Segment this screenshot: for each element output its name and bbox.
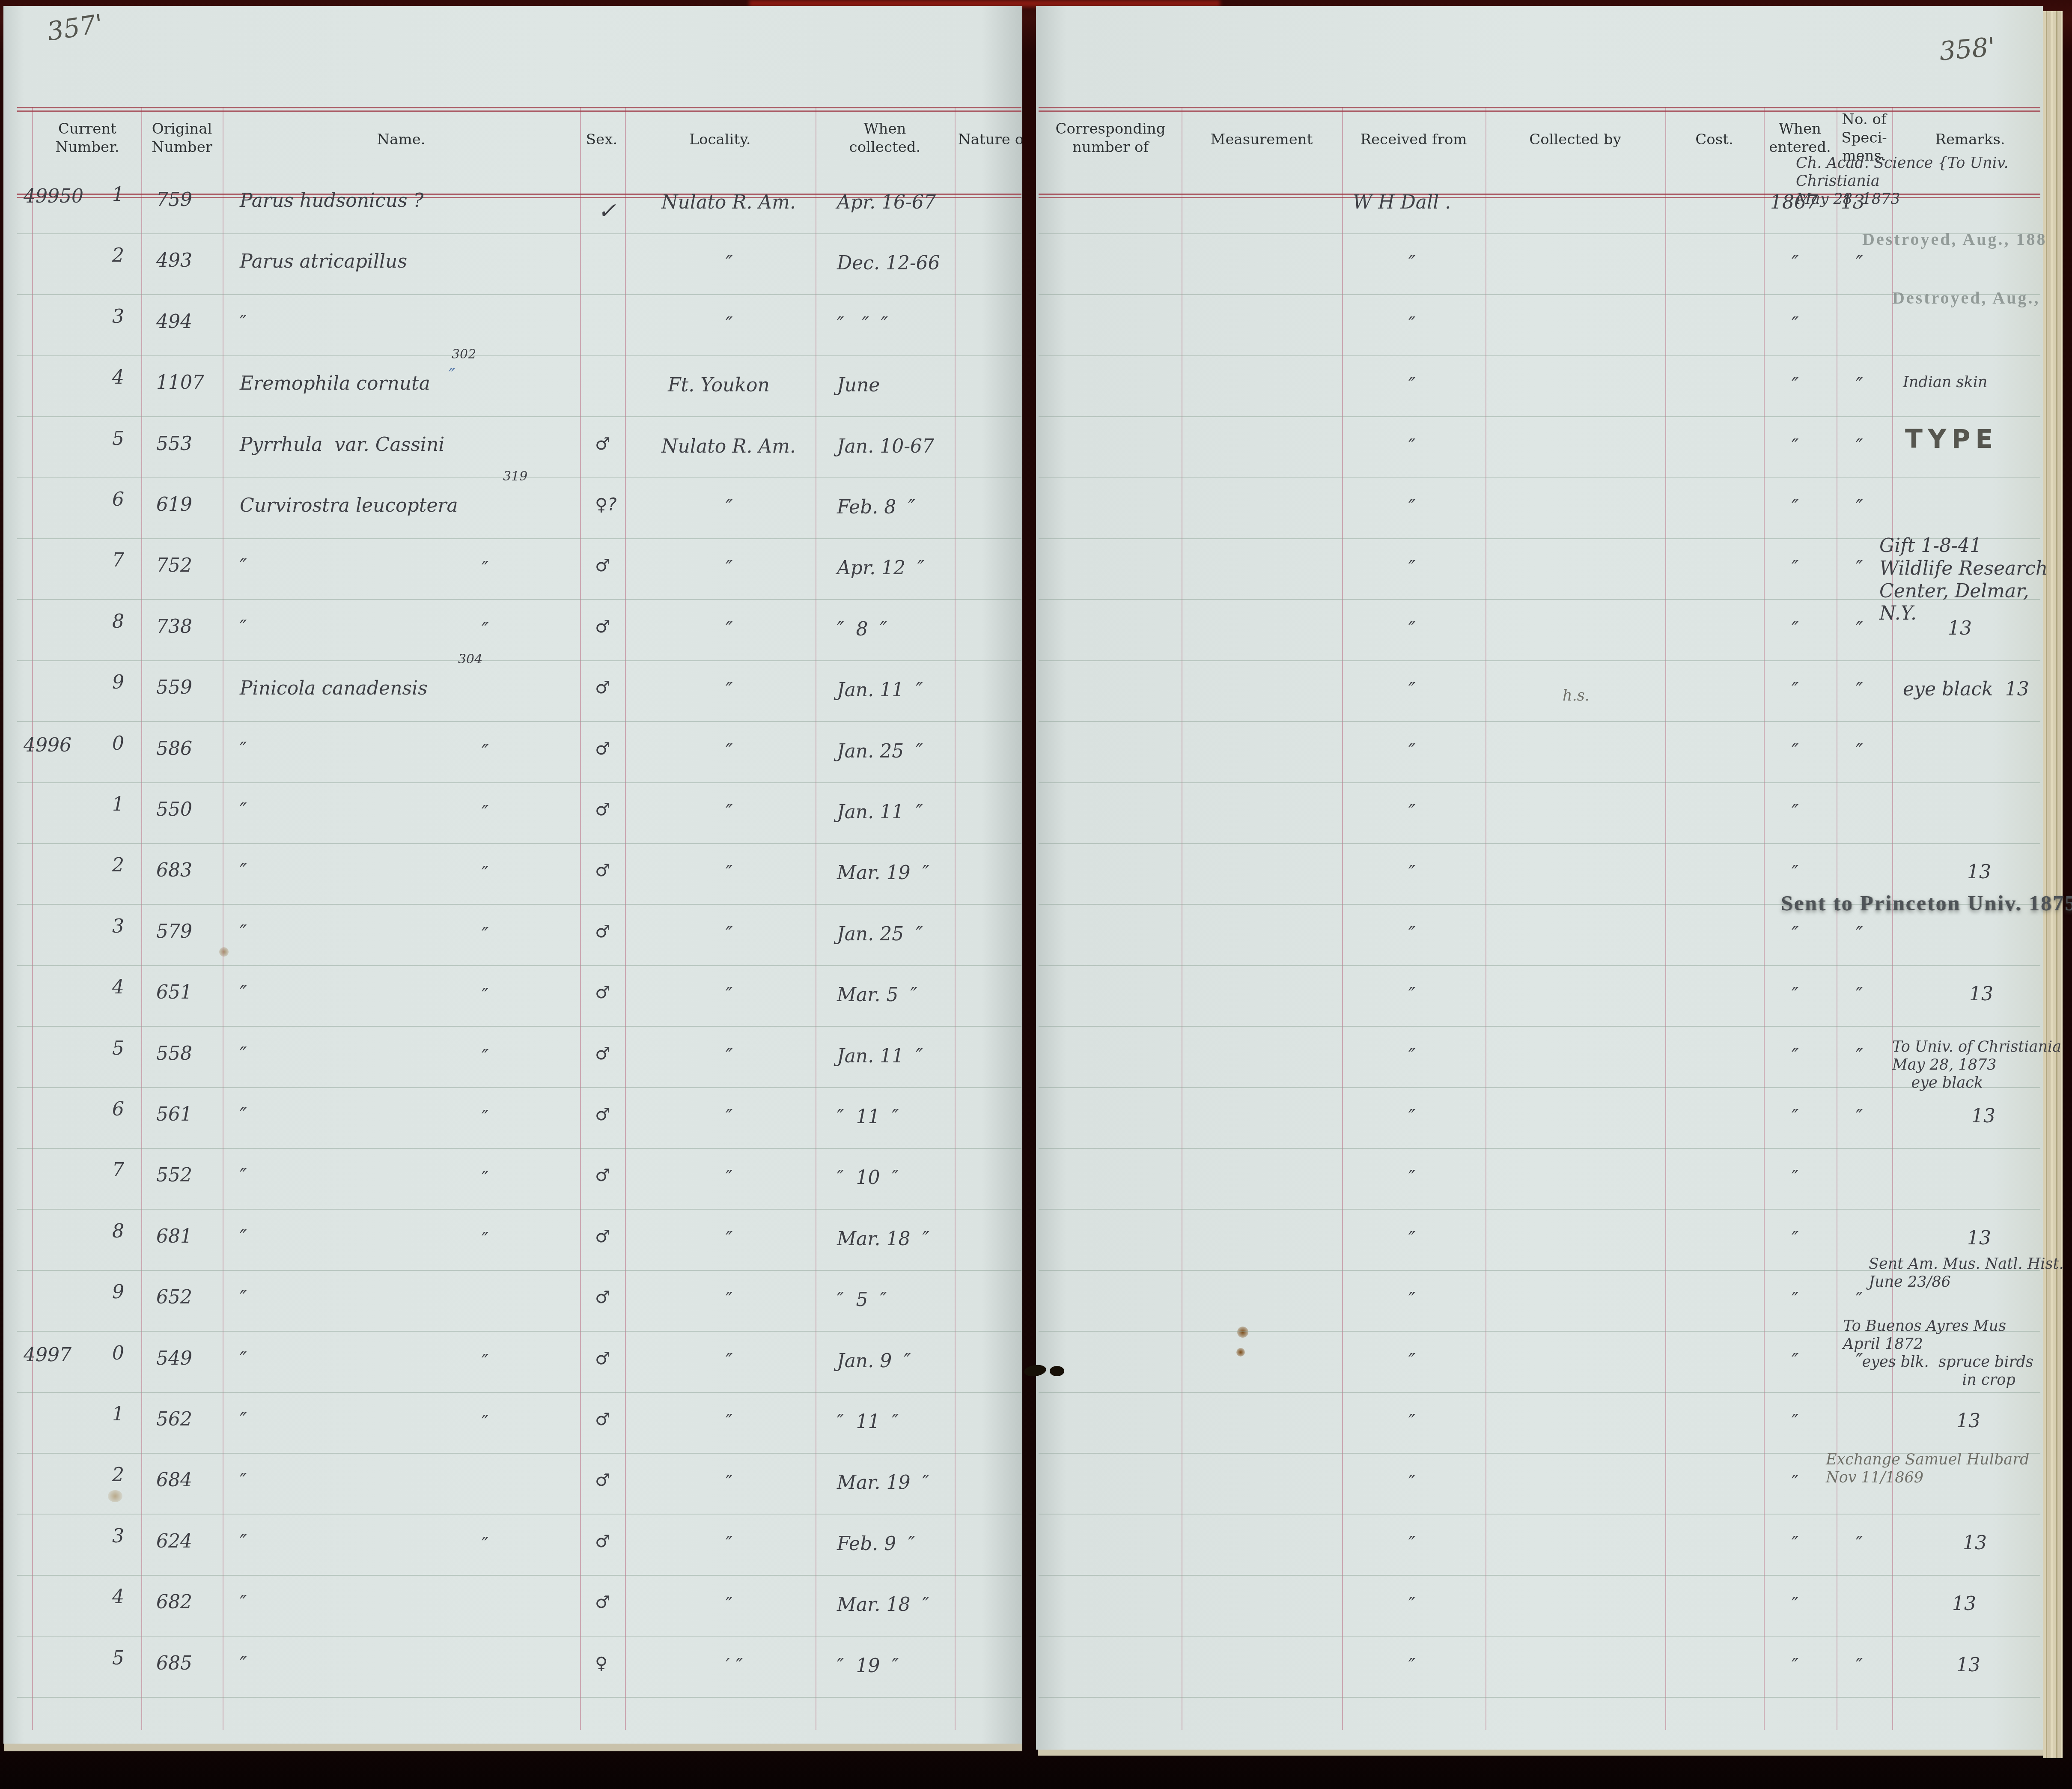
cell-name-ditto: ″ [482, 1168, 488, 1190]
cell-remarks: 13 [1948, 617, 1972, 640]
cell-sex: ♂ [595, 1409, 610, 1430]
cell-when-entered: ″ [1792, 679, 1798, 702]
cell-sex: ♂ [595, 860, 610, 881]
header-rule [17, 107, 1021, 108]
cell-current-digit: 1 [112, 793, 124, 816]
cell-locality: ″ [726, 923, 732, 946]
cell-when-collected: Apr. 12 ″ [837, 557, 925, 580]
cell-no-of-specimens: ″ [1856, 1533, 1863, 1556]
cell-when-collected: June [837, 374, 880, 397]
cell-locality: ″ [726, 1106, 732, 1129]
cell-sex: ♂ [595, 1470, 610, 1491]
cell-sex: ♂ [595, 739, 610, 759]
row-rule [1039, 355, 2040, 356]
row-rule [17, 1148, 1021, 1149]
cell-when-collected: Mar. 18 ″ [837, 1228, 929, 1251]
cell-when-collected: Jan. 25 ″ [837, 923, 923, 946]
cell-original-number: 651 [156, 981, 192, 1004]
cell-current-digit: 7 [112, 549, 124, 572]
cell-name: Parus hudsonicus ? [240, 190, 423, 212]
cell-original-number: 619 [156, 494, 192, 516]
cell-locality: ″ [726, 496, 732, 519]
cell-locality: Nulato R. Am. [661, 191, 796, 214]
cell-locality: ″ [726, 984, 732, 1007]
cell-remarks: 13 [1967, 1227, 1991, 1250]
cell-no-of-specimens: ″ [1856, 1045, 1863, 1068]
cell-name: ″ [240, 1653, 247, 1676]
column-rule [141, 107, 142, 1730]
column-rule [580, 107, 581, 1730]
row-rule [17, 416, 1021, 417]
cell-no-of-specimens: ″ [1856, 1655, 1863, 1678]
row-rule [17, 1575, 1021, 1576]
cell-when-collected: Mar. 5 ″ [837, 984, 917, 1007]
cell-locality: ″ [726, 801, 732, 824]
col-header-collected-by: Collected by [1486, 131, 1664, 149]
cell-current-digit: 4 [112, 367, 124, 389]
col-header-name: Name. [223, 131, 579, 149]
cell-name: ″ [240, 1409, 247, 1432]
column-rule [1486, 107, 1486, 1730]
row-rule [1039, 477, 2040, 478]
cell-when-collected: Jan. 11 ″ [837, 1045, 923, 1068]
cell-received-from: ″ [1408, 1594, 1415, 1616]
cell-original-number: 579 [156, 921, 192, 943]
cell-received-from: ″ [1408, 1350, 1415, 1373]
cell-received-from: ″ [1408, 1472, 1415, 1494]
cell-received-from: ″ [1408, 313, 1415, 336]
cell-current-digit: 1 [112, 1403, 124, 1426]
paper-stain [1237, 1327, 1248, 1338]
cell-locality: ″ [726, 1167, 732, 1190]
col-header-remarks: Remarks. [1893, 131, 2047, 149]
cell-received-from: ″ [1408, 1106, 1415, 1129]
cell-remarks: TYPE [1905, 424, 1998, 455]
cell-remarks: Gift 1-8-41 Wildlife Research Center, De… [1879, 535, 2072, 625]
cell-current-digit: 6 [112, 1098, 124, 1121]
page-number-right: 358' [1938, 32, 1997, 66]
cell-locality: ″ [726, 1411, 732, 1434]
cell-original-number: 586 [156, 738, 192, 760]
cell-current-digit: 3 [112, 915, 124, 938]
row-rule [1039, 1514, 2040, 1515]
row-rule [17, 1270, 1021, 1271]
cell-when-entered: ″ [1792, 862, 1798, 885]
row-rule [1039, 1575, 2040, 1576]
cell-when-collected: ″ 10 ″ [837, 1167, 899, 1190]
cell-remarks: 13 [1956, 1410, 1980, 1433]
cell-no-of-specimens: ″ [1856, 557, 1863, 580]
cell-sex: ♀ [595, 1653, 607, 1674]
cell-original-number: 759 [156, 189, 192, 212]
cell-remarks: 13 [1967, 861, 1991, 884]
rubber-stamp: Destroyed, Aug., 188 [1892, 288, 2046, 308]
cell-no-of-specimens: ″ [1856, 923, 1863, 946]
cell-sex: ♂ [595, 434, 610, 454]
cell-when-entered: ″ [1792, 1167, 1798, 1190]
cell-name: ″ [240, 1226, 247, 1249]
cell-when-entered: ″ [1792, 740, 1798, 763]
cell-collected-by: h.s. [1563, 687, 1590, 705]
cell-when-collected: ″ 5 ″ [837, 1289, 887, 1312]
row-rule [17, 1636, 1021, 1637]
cell-when-collected: Jan. 9 ″ [837, 1350, 911, 1373]
cell-when-collected: Jan. 11 ″ [837, 801, 923, 824]
row-rule [17, 1697, 1021, 1698]
cell-current-digit: 6 [112, 489, 124, 511]
cell-received-from: ″ [1408, 252, 1415, 275]
cell-when-entered: ″ [1792, 557, 1798, 580]
cell-sex: ♂ [595, 1592, 610, 1613]
cell-original-number: 738 [156, 616, 192, 638]
row-rule [17, 660, 1021, 661]
cell-remarks-extra: To Buenos Ayres Mus April 1872 eyes blk.… [1843, 1317, 2033, 1389]
cell-locality: ″ [726, 1289, 732, 1312]
col-header-corresponding-number: Corresponding number of [1040, 120, 1181, 156]
cell-sex: ♀? [595, 495, 617, 515]
row-rule [1039, 1392, 2040, 1393]
page-edges-right [2043, 11, 2063, 1758]
row-rule [1039, 660, 2040, 661]
cell-when-collected: Jan. 25 ″ [837, 740, 923, 763]
cell-received-from: ″ [1408, 923, 1415, 946]
cell-when-entered: ″ [1792, 252, 1798, 275]
cell-no-of-specimens: ″ [1856, 496, 1863, 519]
cell-remarks: 13 [1956, 1654, 1980, 1677]
row-rule [1039, 965, 2040, 966]
cell-received-from: ″ [1408, 1228, 1415, 1251]
cell-original-number: 682 [156, 1591, 192, 1614]
cell-name: Pinicola canadensis [240, 677, 428, 700]
col-header-when-entered: When entered. [1765, 120, 1835, 156]
cell-received-from: ″ [1408, 862, 1415, 885]
cell-sex: ♂ [595, 1348, 610, 1369]
column-rule [1342, 107, 1343, 1730]
cell-locality: ″ [726, 1533, 732, 1556]
cell-remarks-extra: Exchange Samuel Hulbard Nov 11/1869 [1826, 1451, 2029, 1487]
stray-mark: ✓ [598, 198, 616, 224]
ink-blot [1050, 1366, 1064, 1376]
cell-name-superscript: 304 [458, 652, 482, 667]
cell-current-digit: 3 [112, 306, 124, 328]
cell-received-from: ″ [1408, 1411, 1415, 1434]
cell-when-collected: Mar. 19 ″ [837, 1472, 929, 1494]
cell-locality: ″ [726, 1594, 732, 1616]
cell-original-number: 562 [156, 1408, 192, 1431]
row-rule [1039, 416, 2040, 417]
cell-name-ditto: ″ [482, 741, 488, 764]
column-rule [1182, 107, 1182, 1730]
cell-when-collected: Jan. 11 ″ [837, 679, 923, 702]
cell-sex: ♂ [595, 1531, 610, 1552]
col-header-cost: Cost. [1666, 131, 1762, 149]
cell-name: Curvirostra leucoptera [240, 495, 458, 517]
cell-locality: ″ [726, 618, 732, 641]
cell-remarks: eye black 13 [1903, 678, 2029, 701]
cell-name-ditto: ″ [482, 619, 488, 642]
cell-locality: ″ [726, 557, 732, 580]
cell-no-of-specimens: ″ [1856, 252, 1863, 275]
row-rule [1039, 1209, 2040, 1210]
stray-mark: ″ [449, 365, 455, 385]
cell-current-number: 49950 [24, 185, 83, 208]
column-rule [625, 107, 626, 1730]
cell-name-ditto: ″ [482, 1412, 488, 1434]
row-rule [17, 538, 1021, 539]
row-rule [1039, 1636, 2040, 1637]
cell-when-collected: Apr. 16-67 [837, 191, 936, 214]
cell-original-number: 553 [156, 433, 192, 456]
header-rule [1039, 107, 2040, 108]
cell-name-ditto: ″ [482, 1046, 488, 1069]
cell-when-entered: ″ [1792, 1106, 1798, 1129]
cell-locality: Ft. Youkon [668, 374, 770, 397]
cell-current-digit: 9 [112, 1281, 124, 1304]
cell-name: Eremophila cornuta [240, 373, 430, 395]
row-rule [17, 233, 1021, 234]
cell-sex: ♂ [595, 677, 610, 698]
cell-current-digit: 1 [112, 184, 124, 206]
cell-received-from: ″ [1408, 374, 1415, 397]
row-rule [17, 721, 1021, 722]
cell-when-entered: ″ [1792, 1289, 1798, 1312]
cell-no-of-specimens: ″ [1856, 435, 1863, 458]
column-rule [223, 107, 223, 1730]
cell-remarks: To Univ. of Christiania May 28, 1873 eye… [1892, 1038, 2061, 1092]
column-rule [1665, 107, 1666, 1730]
row-rule [17, 294, 1021, 295]
paper-stain [219, 947, 229, 957]
row-rule [17, 1026, 1021, 1027]
cell-locality: ″ [726, 679, 732, 702]
cell-current-digit: 4 [112, 976, 124, 999]
row-rule [17, 1331, 1021, 1332]
column-rule [816, 107, 816, 1730]
row-rule [1039, 721, 2040, 722]
cell-when-collected: Mar. 18 ″ [837, 1594, 929, 1616]
cell-sex: ♂ [595, 1104, 610, 1125]
cell-no-of-specimens: ″ [1856, 374, 1863, 397]
cell-current-number: 4997 [24, 1344, 71, 1367]
cell-remarks: 13 [1971, 1105, 1995, 1128]
cell-sex: ♂ [595, 1226, 610, 1247]
row-rule [1039, 1087, 2040, 1088]
row-rule [1039, 1697, 2040, 1698]
cell-locality: Nulato R. Am. [661, 435, 796, 458]
cell-when-entered: ″ [1792, 1533, 1798, 1556]
cell-locality: ″ [726, 862, 732, 885]
cell-when-entered: ″ [1792, 1594, 1798, 1616]
cell-current-digit: 3 [112, 1525, 124, 1548]
cell-remarks: Indian skin [1903, 373, 1987, 391]
cell-received-from: ″ [1408, 801, 1415, 824]
cell-name: ″ [240, 799, 247, 822]
cell-original-number: 624 [156, 1530, 192, 1553]
col-header-measurement: Measurement [1182, 131, 1341, 149]
cell-locality: ″ [726, 1228, 732, 1251]
page-edge-bottom-right [1038, 1750, 2043, 1756]
cell-name: ″ [240, 555, 247, 578]
cell-name: ″ [240, 860, 247, 883]
cell-original-number: 683 [156, 859, 192, 882]
cell-locality: ″ [726, 740, 732, 763]
cell-received-from: ″ [1408, 435, 1415, 458]
cell-locality: ′ ″ [726, 1655, 743, 1678]
cell-when-collected: Mar. 19 ″ [837, 862, 929, 885]
cell-original-number: 1107 [156, 372, 204, 394]
cell-when-entered: ″ [1792, 1045, 1798, 1068]
rubber-stamp: Sent to Princeton Univ. 1875 [1781, 891, 2055, 915]
cell-sex: ♂ [595, 555, 610, 576]
row-rule [1039, 294, 2040, 295]
cell-original-number: 494 [156, 311, 192, 334]
cell-when-collected: ″ 11 ″ [837, 1411, 899, 1434]
cell-when-collected: ″ 11 ″ [837, 1106, 899, 1129]
cell-current-digit: 0 [112, 1342, 124, 1365]
col-header-current-number: Current Number. [34, 120, 140, 156]
cell-original-number: 684 [156, 1469, 192, 1492]
cell-locality: ″ [726, 1472, 732, 1494]
cell-received-from: W H Dall . [1353, 191, 1451, 214]
col-header-sex: Sex. [577, 131, 626, 149]
cell-current-digit: 2 [112, 1464, 124, 1487]
cell-when-entered: ″ [1792, 1228, 1798, 1251]
cell-name: ″ [240, 617, 247, 639]
row-rule [17, 599, 1021, 600]
cell-name-ditto: ″ [482, 985, 488, 1008]
cell-received-from: ″ [1408, 557, 1415, 580]
cell-when-collected: Feb. 9 ″ [837, 1533, 915, 1556]
cell-name-ditto: ″ [482, 802, 488, 825]
cell-when-entered: ″ [1792, 374, 1798, 397]
column-rule [1764, 107, 1765, 1730]
cell-received-from: ″ [1408, 1655, 1415, 1678]
cell-original-number: 681 [156, 1225, 192, 1248]
cell-name: ″ [240, 1165, 247, 1188]
cell-received-from: ″ [1408, 1045, 1415, 1068]
cell-name-ditto: ″ [482, 863, 488, 886]
cell-name-ditto: ″ [482, 1229, 488, 1252]
cell-current-digit: 5 [112, 1038, 124, 1060]
row-rule [17, 1514, 1021, 1515]
cell-name: Pyrrhula var. Cassini [240, 434, 444, 456]
cell-name: ″ [240, 739, 247, 761]
row-rule [17, 1392, 1021, 1393]
cell-when-collected: Feb. 8 ″ [837, 496, 915, 519]
cell-when-collected: ″ ″ ″ [837, 313, 888, 336]
cell-received-from: ″ [1408, 1289, 1415, 1312]
header-rule [17, 110, 1021, 112]
cell-current-number: 4996 [24, 734, 71, 757]
cell-sex: ♂ [595, 1165, 610, 1186]
col-header-locality: Locality. [626, 131, 814, 149]
page-edge-bottom-left [4, 1744, 1022, 1751]
cell-current-digit: 2 [112, 854, 124, 877]
cell-sex: ♂ [595, 1287, 610, 1308]
row-rule [17, 843, 1021, 844]
cell-received-from: ″ [1408, 984, 1415, 1007]
row-rule [1039, 1026, 2040, 1027]
cell-no-of-specimens: ″ [1856, 618, 1863, 641]
cell-current-digit: 8 [112, 611, 124, 633]
cell-no-of-specimens: ″ [1856, 1289, 1863, 1312]
cell-name-ditto: ″ [482, 1351, 488, 1374]
cell-received-from: ″ [1408, 1533, 1415, 1556]
cell-locality: ″ [726, 313, 732, 336]
cell-when-collected: Jan. 10-67 [837, 435, 934, 458]
cell-when-entered: ″ [1792, 435, 1798, 458]
cell-original-number: 550 [156, 799, 192, 821]
cell-name: ″ [240, 982, 247, 1005]
cell-sex: ♂ [595, 1044, 610, 1064]
cell-original-number: 559 [156, 677, 192, 699]
row-rule [17, 965, 1021, 966]
cell-name-ditto: ″ [482, 558, 488, 581]
rubber-stamp: Destroyed, Aug., 1881 [1862, 229, 2046, 249]
col-header-received-from: Received from [1343, 131, 1484, 149]
cell-received-from: ″ [1408, 496, 1415, 519]
cell-name-ditto: ″ [482, 924, 488, 947]
cell-no-of-specimens: ″ [1856, 679, 1863, 702]
cell-original-number: 752 [156, 555, 192, 577]
row-rule [1039, 843, 2040, 844]
cell-remarks: 13 [1969, 983, 1993, 1006]
cell-remarks: 13 [1952, 1593, 1976, 1616]
cell-name-superscript: 319 [503, 469, 527, 484]
cell-received-from: ″ [1408, 1167, 1415, 1190]
cell-current-digit: 5 [112, 1647, 124, 1670]
cell-name: ″ [240, 1287, 247, 1310]
row-rule [17, 1209, 1021, 1210]
cell-name-superscript: 302 [452, 347, 476, 362]
cell-when-entered: ″ [1792, 496, 1798, 519]
row-rule [17, 355, 1021, 356]
row-rule [1039, 1148, 2040, 1149]
cell-locality: ″ [726, 1045, 732, 1068]
cell-received-from: ″ [1408, 679, 1415, 702]
cell-original-number: 558 [156, 1043, 192, 1065]
cell-remarks: Ch. Acad. Science {To Univ. Christiania … [1796, 154, 2072, 208]
cell-current-digit: 0 [112, 733, 124, 755]
cell-when-entered: ″ [1792, 313, 1798, 336]
paper-stain [1236, 1348, 1245, 1357]
cell-when-collected: ″ 8 ″ [837, 618, 887, 641]
col-header-nature-of-object: Nature of obj [958, 131, 1022, 149]
cell-remarks: 13 [1963, 1532, 1987, 1555]
cell-current-digit: 2 [112, 244, 124, 267]
cell-name: ″ [240, 1348, 247, 1371]
scanned-ledger-spread: 357' 358' Current Number. Original Numbe… [0, 0, 2072, 1789]
cell-original-number: 493 [156, 250, 192, 272]
cell-when-entered: ″ [1792, 1350, 1798, 1373]
cell-when-entered: ″ [1792, 801, 1798, 824]
col-header-when-collected: When collected. [816, 120, 953, 156]
paper-stain [108, 1490, 122, 1502]
cell-when-entered: ″ [1792, 923, 1798, 946]
cell-received-from: ″ [1408, 740, 1415, 763]
row-rule [17, 782, 1021, 783]
cell-name: ″ [240, 921, 247, 944]
cell-when-entered: ″ [1792, 1411, 1798, 1434]
column-rule [32, 107, 33, 1730]
cell-current-digit: 9 [112, 671, 124, 694]
cell-no-of-specimens: ″ [1856, 740, 1863, 763]
column-rule [955, 107, 956, 1730]
row-rule [17, 1453, 1021, 1454]
cell-current-digit: 7 [112, 1159, 124, 1182]
cell-name: ″ [240, 1104, 247, 1127]
cell-name: ″ [240, 1531, 247, 1554]
